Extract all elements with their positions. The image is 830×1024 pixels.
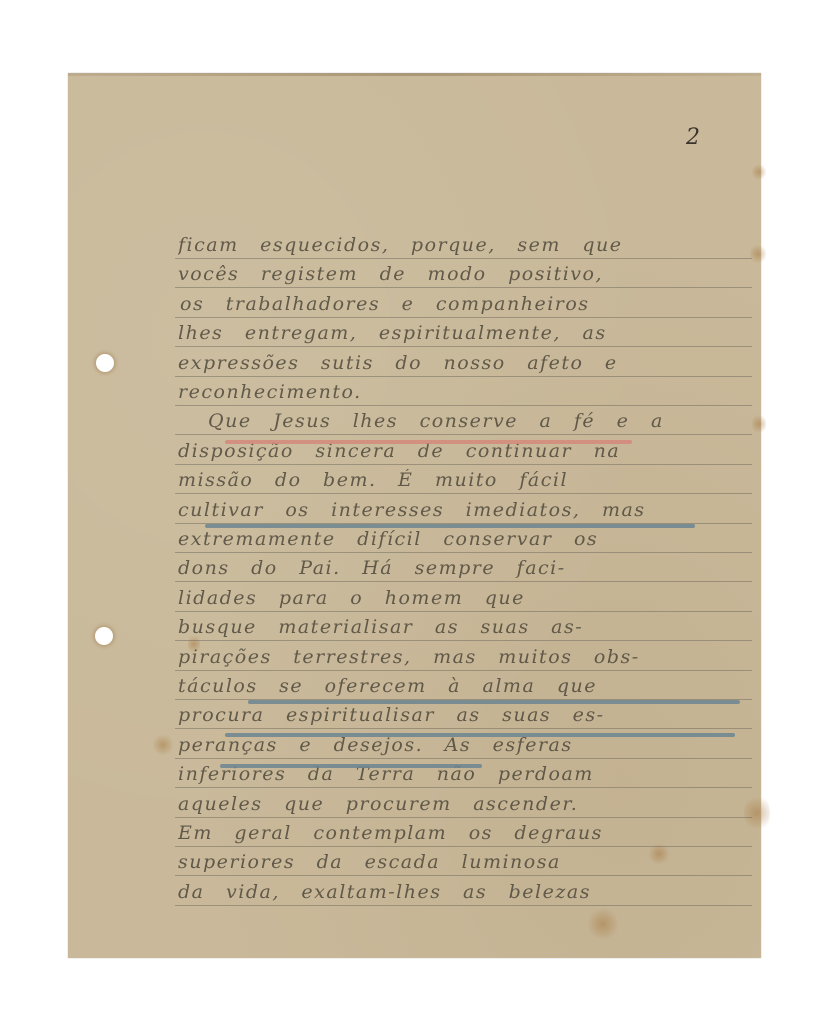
stain <box>588 906 618 942</box>
text-line: busque materialisar as suas as- <box>178 616 758 644</box>
blue-underline <box>220 764 482 768</box>
blue-underline <box>225 733 735 737</box>
text-line: cultivar os interesses imediatos, mas <box>178 499 758 527</box>
text-line: lhes entregam, espiritualmente, as <box>178 322 758 350</box>
text-line: aqueles que procurem ascender. <box>178 793 758 821</box>
text-line: disposição sincera de continuar na <box>178 440 758 468</box>
text-line: extremamente difícil conservar os <box>178 528 758 556</box>
paper-top-edge <box>68 73 761 76</box>
page-number: 2 <box>686 125 700 150</box>
text-line: lidades para o homem que <box>178 587 758 615</box>
text-line: ficam esquecidos, porque, sem que <box>178 234 758 262</box>
text-line: procura espiritualisar as suas es- <box>178 704 758 732</box>
punch-hole-bottom <box>95 627 113 645</box>
red-underline <box>225 440 632 444</box>
text-line: expressões sutis do nosso afeto e <box>178 352 758 380</box>
text-line: da vida, exaltam-lhes as belezas <box>178 881 758 909</box>
text-line: os trabalhadores e companheiros <box>180 293 760 321</box>
text-line: reconhecimento. <box>178 381 758 409</box>
punch-hole-top <box>96 354 114 372</box>
stain <box>752 163 766 181</box>
blue-underline <box>205 524 695 528</box>
text-line: Que Jesus lhes conserve a fé e a <box>208 410 788 438</box>
text-line: dons do Pai. Há sempre faci- <box>178 557 758 585</box>
text-line: missão do bem. É muito fácil <box>178 469 758 497</box>
text-line: Em geral contemplam os degraus <box>178 822 758 850</box>
text-line: peranças e desejos. As esferas <box>178 734 758 762</box>
stain <box>153 733 173 757</box>
text-line: superiores da escada luminosa <box>178 851 758 879</box>
manuscript-page: 2 ficam esquecidos, porque, sem que você… <box>68 73 761 958</box>
text-line: táculos se oferecem à alma que <box>178 675 758 703</box>
text-line: vocês registem de modo positivo, <box>178 263 758 291</box>
text-line: pirações terrestres, mas muitos obs- <box>178 646 758 674</box>
blue-underline <box>248 700 740 704</box>
